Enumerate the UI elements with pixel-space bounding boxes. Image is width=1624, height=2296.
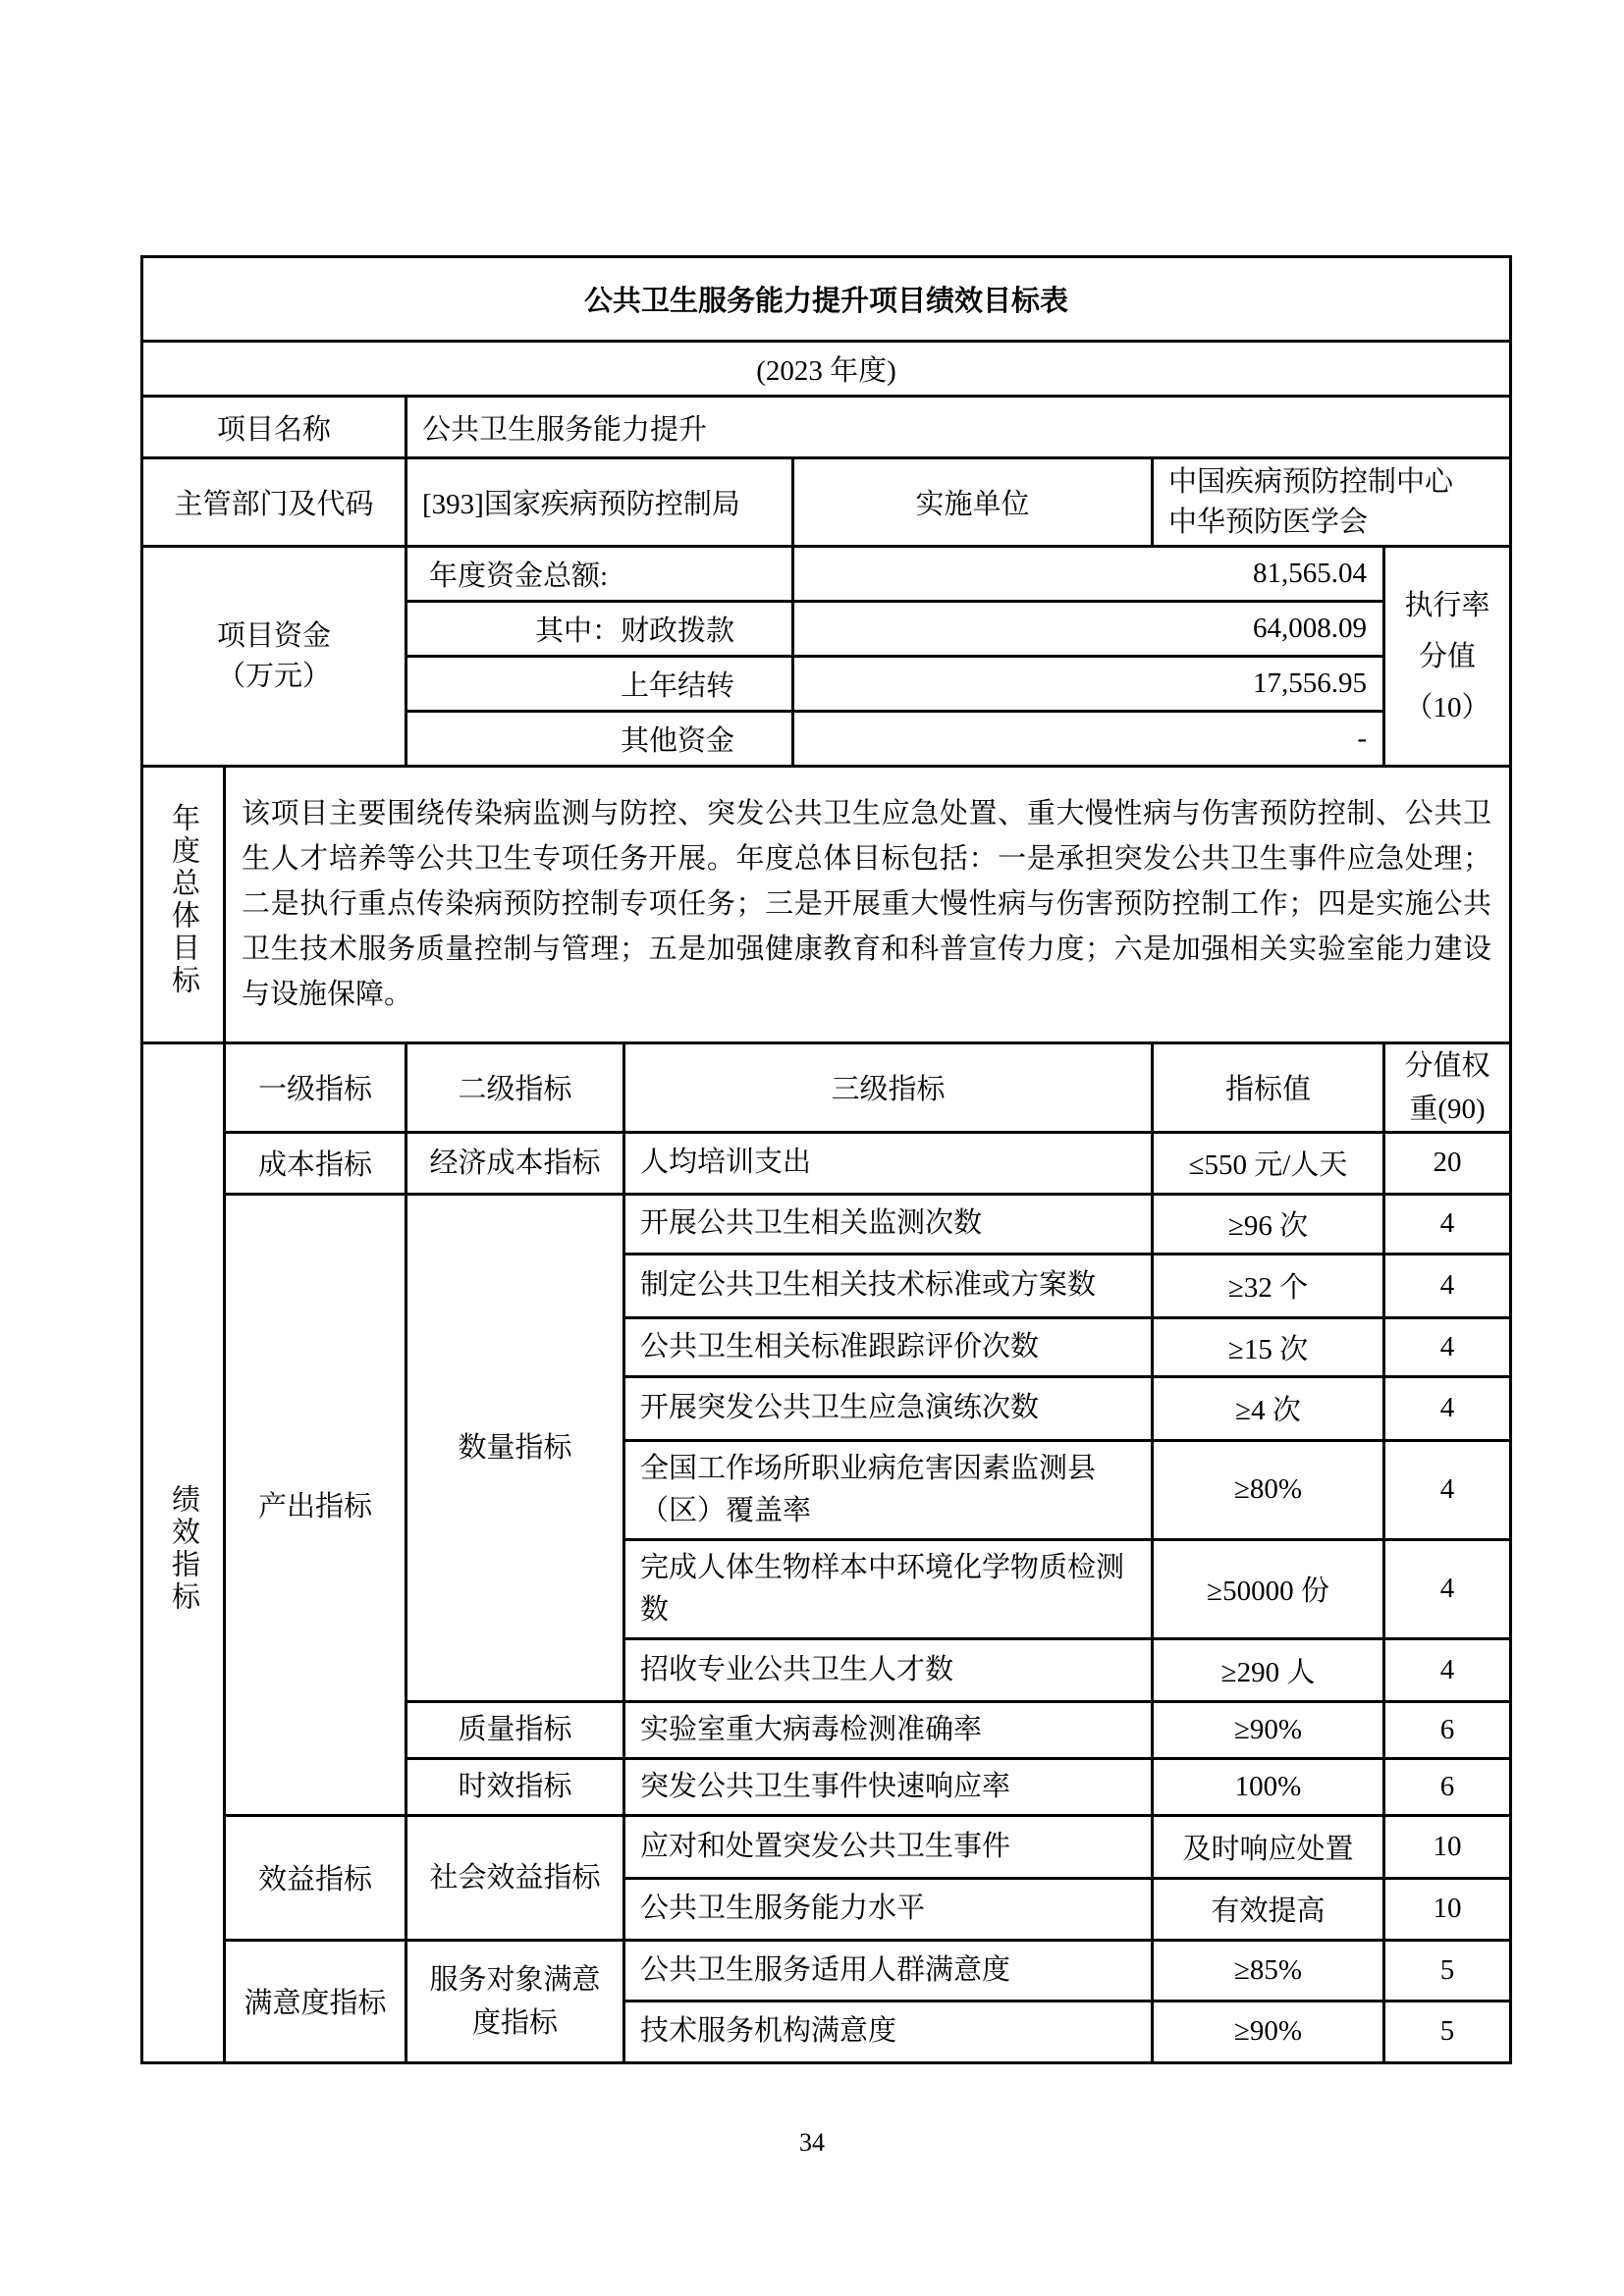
funding-row-label: 其他资金 bbox=[406, 712, 793, 767]
indicator-value: ≥90% bbox=[1153, 2001, 1384, 2062]
benefit-level1: 效益指标 bbox=[225, 1815, 406, 1940]
funding-row-value: 64,008.09 bbox=[793, 602, 1384, 657]
indicator-value: ≥4 次 bbox=[1153, 1376, 1384, 1440]
benefit-level2: 社会效益指标 bbox=[406, 1815, 624, 1940]
funding-row-label: 上年结转 bbox=[406, 657, 793, 712]
performance-target-table: 公共卫生服务能力提升项目绩效目标表 (2023 年度) 项目名称 公共卫生服务能… bbox=[140, 255, 1509, 2064]
indicator-level3: 公共卫生服务能力水平 bbox=[624, 1878, 1153, 1940]
implementing-unit-line2: 中华预防医学会 bbox=[1168, 503, 1509, 543]
implementing-unit-label: 实施单位 bbox=[793, 458, 1153, 547]
header-value: 指标值 bbox=[1153, 1044, 1384, 1133]
indicator-value: ≥80% bbox=[1153, 1440, 1384, 1539]
document-title: 公共卫生服务能力提升项目绩效目标表 bbox=[142, 257, 1511, 342]
header-level2: 二级指标 bbox=[406, 1044, 624, 1133]
indicator-value: ≥96 次 bbox=[1153, 1194, 1384, 1254]
cost-score: 20 bbox=[1384, 1132, 1511, 1194]
indicator-value: ≥50000 份 bbox=[1153, 1539, 1384, 1638]
year-label: (2023 年度) bbox=[142, 342, 1511, 397]
cost-level3: 人均培训支出 bbox=[624, 1132, 1153, 1194]
indicator-score: 4 bbox=[1384, 1376, 1511, 1440]
annual-goal-label: 年度总体目标 bbox=[142, 768, 225, 1042]
indicator-value: ≥290 人 bbox=[1153, 1638, 1384, 1701]
indicator-score: 5 bbox=[1384, 1940, 1511, 2001]
indicators-side-label-text: 绩效指标 bbox=[169, 1484, 197, 1614]
indicator-level3: 开展公共卫生相关监测次数 bbox=[624, 1194, 1153, 1254]
funding-row-value: 17,556.95 bbox=[793, 657, 1384, 712]
department-label: 主管部门及代码 bbox=[142, 458, 406, 547]
funding-label-line1: 项目资金 bbox=[143, 616, 405, 657]
indicator-level3: 制定公共卫生相关技术标准或方案数 bbox=[624, 1254, 1153, 1317]
funding-label-line2: （万元） bbox=[143, 657, 405, 697]
indicator-score: 10 bbox=[1384, 1815, 1511, 1878]
funding-row-value: - bbox=[793, 712, 1384, 767]
execution-rate-line3: （10） bbox=[1385, 682, 1509, 733]
execution-rate-score: 执行率 分值 （10） bbox=[1384, 547, 1511, 767]
indicator-level3: 技术服务机构满意度 bbox=[624, 2001, 1153, 2062]
indicator-level3: 公共卫生服务适用人群满意度 bbox=[624, 1940, 1153, 2001]
indicator-level3: 招收专业公共卫生人才数 bbox=[624, 1638, 1153, 1701]
indicator-score: 6 bbox=[1384, 1758, 1511, 1815]
quality-level2: 质量指标 bbox=[406, 1701, 624, 1758]
implementing-unit-line1: 中国疾病预防控制中心 bbox=[1168, 462, 1509, 503]
indicator-score: 6 bbox=[1384, 1701, 1511, 1758]
indicator-level3: 完成人体生物样本中环境化学物质检测数 bbox=[624, 1539, 1153, 1638]
indicator-score: 4 bbox=[1384, 1440, 1511, 1539]
indicators-side-label: 绩效指标 bbox=[142, 1044, 225, 2063]
department-value: [393]国家疾病预防控制局 bbox=[406, 458, 793, 547]
indicator-value: 100% bbox=[1153, 1758, 1384, 1815]
header-level3: 三级指标 bbox=[624, 1044, 1153, 1133]
funding-section-label: 项目资金 （万元） bbox=[142, 547, 406, 767]
page-number: 34 bbox=[0, 2128, 1624, 2158]
indicators-table: 绩效指标 一级指标 二级指标 三级指标 指标值 分值权重(90) 成本指标 经济… bbox=[140, 1044, 1512, 2064]
cost-level2: 经济成本指标 bbox=[406, 1132, 624, 1194]
project-name-label: 项目名称 bbox=[142, 397, 406, 458]
indicator-value: 及时响应处置 bbox=[1153, 1815, 1384, 1878]
header-score: 分值权重(90) bbox=[1384, 1044, 1511, 1133]
annual-goal-label-text: 年度总体目标 bbox=[169, 803, 197, 997]
indicator-score: 4 bbox=[1384, 1638, 1511, 1701]
implementing-unit-value: 中国疾病预防控制中心 中华预防医学会 bbox=[1153, 458, 1511, 547]
indicator-score: 4 bbox=[1384, 1254, 1511, 1317]
indicator-value: ≥15 次 bbox=[1153, 1317, 1384, 1376]
indicator-score: 10 bbox=[1384, 1878, 1511, 1940]
annual-goal-table: 年度总体目标 该项目主要围绕传染病监测与防控、突发公共卫生应急处置、重大慢性病与… bbox=[140, 768, 1512, 1044]
annual-goal-text: 该项目主要围绕传染病监测与防控、突发公共卫生应急处置、重大慢性病与伤害预防控制、… bbox=[225, 768, 1511, 1042]
indicator-level3: 应对和处置突发公共卫生事件 bbox=[624, 1815, 1153, 1878]
funding-row-label: 年度资金总额: bbox=[406, 547, 793, 602]
indicator-score: 4 bbox=[1384, 1317, 1511, 1376]
satisfaction-level1: 满意度指标 bbox=[225, 1940, 406, 2062]
indicator-score: 5 bbox=[1384, 2001, 1511, 2062]
indicator-level3: 突发公共卫生事件快速响应率 bbox=[624, 1758, 1153, 1815]
indicator-level3: 全国工作场所职业病危害因素监测县（区）覆盖率 bbox=[624, 1440, 1153, 1539]
funding-row-value: 81,565.04 bbox=[793, 547, 1384, 602]
satisfaction-level2: 服务对象满意度指标 bbox=[406, 1940, 624, 2062]
indicator-score: 4 bbox=[1384, 1194, 1511, 1254]
execution-rate-line1: 执行率 bbox=[1385, 580, 1509, 631]
indicator-score: 4 bbox=[1384, 1539, 1511, 1638]
funding-row-label: 其中：财政拨款 bbox=[406, 602, 793, 657]
indicator-value: ≥90% bbox=[1153, 1701, 1384, 1758]
cost-value: ≤550 元/人天 bbox=[1153, 1132, 1384, 1194]
indicator-level3: 公共卫生相关标准跟踪评价次数 bbox=[624, 1317, 1153, 1376]
quantity-level2: 数量指标 bbox=[406, 1194, 624, 1701]
indicator-level3: 实验室重大病毒检测准确率 bbox=[624, 1701, 1153, 1758]
indicator-value: ≥85% bbox=[1153, 1940, 1384, 2001]
indicator-value: 有效提高 bbox=[1153, 1878, 1384, 1940]
timeliness-level2: 时效指标 bbox=[406, 1758, 624, 1815]
indicator-level3: 开展突发公共卫生应急演练次数 bbox=[624, 1376, 1153, 1440]
indicator-value: ≥32 个 bbox=[1153, 1254, 1384, 1317]
project-info-table: 公共卫生服务能力提升项目绩效目标表 (2023 年度) 项目名称 公共卫生服务能… bbox=[140, 255, 1512, 768]
project-name-value: 公共卫生服务能力提升 bbox=[406, 397, 1511, 458]
cost-level1: 成本指标 bbox=[225, 1132, 406, 1194]
header-level1: 一级指标 bbox=[225, 1044, 406, 1133]
execution-rate-line2: 分值 bbox=[1385, 631, 1509, 682]
output-level1: 产出指标 bbox=[225, 1194, 406, 1815]
